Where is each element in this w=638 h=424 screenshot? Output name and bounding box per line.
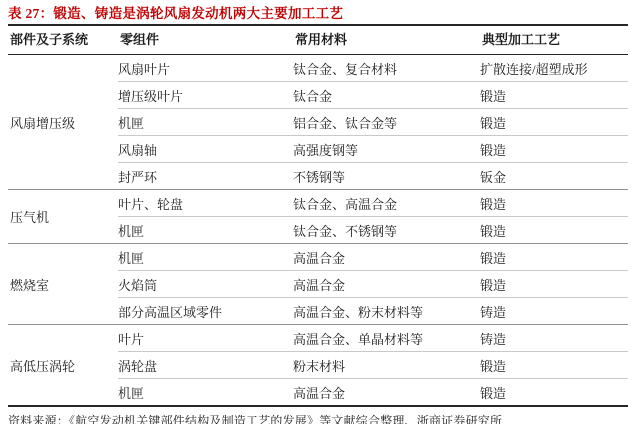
group-system-label: 风扇增压级 [8, 55, 118, 189]
cell-process: 锻造 [480, 140, 628, 159]
cell-process: 锻造 [480, 194, 628, 213]
cell-process: 锻造 [480, 383, 628, 402]
cell-material: 不锈钢等 [293, 167, 480, 186]
cell-part: 火焰筒 [118, 275, 293, 294]
table-group: 燃烧室机匣高温合金锻造火焰筒高温合金锻造部分高温区域零件高温合金、粉末材料等铸造 [8, 243, 628, 324]
table-row: 机匣钛合金、不锈钢等锻造 [118, 216, 628, 243]
table-row: 增压级叶片钛合金锻造 [118, 81, 628, 108]
table-row: 机匣高温合金锻造 [118, 378, 628, 405]
cell-process: 铸造 [480, 302, 628, 321]
cell-process: 锻造 [480, 86, 628, 105]
table-group: 高低压涡轮叶片高温合金、单晶材料等铸造涡轮盘粉末材料锻造机匣高温合金锻造 [8, 324, 628, 405]
table-row: 风扇轴高强度钢等锻造 [118, 135, 628, 162]
table-row: 叶片、轮盘钛合金、高温合金锻造 [118, 190, 628, 216]
group-system-label: 压气机 [8, 190, 118, 243]
table-body: 风扇增压级风扇叶片钛合金、复合材料扩散连接/超塑成形增压级叶片钛合金锻造机匣铝合… [8, 55, 628, 405]
group-rows: 风扇叶片钛合金、复合材料扩散连接/超塑成形增压级叶片钛合金锻造机匣铝合金、钛合金… [118, 55, 628, 189]
table-row: 部分高温区域零件高温合金、粉末材料等铸造 [118, 297, 628, 324]
group-rows: 机匣高温合金锻造火焰筒高温合金锻造部分高温区域零件高温合金、粉末材料等铸造 [118, 244, 628, 324]
cell-part: 机匣 [118, 248, 293, 267]
cell-material: 高温合金、粉末材料等 [293, 302, 480, 321]
cell-process: 锻造 [480, 113, 628, 132]
cell-material: 高温合金、单晶材料等 [293, 329, 480, 348]
cell-part: 部分高温区域零件 [118, 302, 293, 321]
cell-part: 机匣 [118, 383, 293, 402]
cell-process: 锻造 [480, 356, 628, 375]
cell-part: 封严环 [118, 167, 293, 186]
table-row: 叶片高温合金、单晶材料等铸造 [118, 325, 628, 351]
cell-part: 风扇叶片 [118, 59, 293, 78]
report-page: 表 27：锻造、铸造是涡轮风扇发动机两大主要加工工艺 部件及子系统 零组件 常用… [0, 0, 638, 424]
cell-process: 锻造 [480, 248, 628, 267]
cell-part: 叶片 [118, 329, 293, 348]
header-part: 零组件 [118, 26, 293, 54]
header-material: 常用材料 [293, 26, 480, 54]
source-note: 资料来源：《航空发动机关键部件结构及制造工艺的发展》等文献综合整理、浙商证券研究… [8, 407, 628, 424]
cell-process: 铸造 [480, 329, 628, 348]
group-rows: 叶片、轮盘钛合金、高温合金锻造机匣钛合金、不锈钢等锻造 [118, 190, 628, 243]
cell-part: 机匣 [118, 221, 293, 240]
cell-part: 叶片、轮盘 [118, 194, 293, 213]
cell-material: 粉末材料 [293, 356, 480, 375]
cell-part: 风扇轴 [118, 140, 293, 159]
cell-process: 锻造 [480, 221, 628, 240]
table-row: 涡轮盘粉末材料锻造 [118, 351, 628, 378]
group-system-label: 燃烧室 [8, 244, 118, 324]
table-group: 压气机叶片、轮盘钛合金、高温合金锻造机匣钛合金、不锈钢等锻造 [8, 189, 628, 243]
table-title: 表 27：锻造、铸造是涡轮风扇发动机两大主要加工工艺 [8, 3, 628, 24]
cell-part: 机匣 [118, 113, 293, 132]
cell-material: 高温合金 [293, 275, 480, 294]
cell-material: 铝合金、钛合金等 [293, 113, 480, 132]
cell-process: 扩散连接/超塑成形 [480, 59, 628, 78]
header-system: 部件及子系统 [8, 26, 118, 54]
table-row: 机匣高温合金锻造 [118, 244, 628, 270]
table-group: 风扇增压级风扇叶片钛合金、复合材料扩散连接/超塑成形增压级叶片钛合金锻造机匣铝合… [8, 55, 628, 189]
table-row: 火焰筒高温合金锻造 [118, 270, 628, 297]
cell-material: 钛合金 [293, 86, 480, 105]
cell-material: 钛合金、不锈钢等 [293, 221, 480, 240]
header-process: 典型加工工艺 [480, 26, 628, 54]
cell-process: 钣金 [480, 167, 628, 186]
cell-material: 高强度钢等 [293, 140, 480, 159]
table-header-row: 部件及子系统 零组件 常用材料 典型加工工艺 [8, 26, 628, 55]
cell-part: 增压级叶片 [118, 86, 293, 105]
table-row: 封严环不锈钢等钣金 [118, 162, 628, 189]
cell-part: 涡轮盘 [118, 356, 293, 375]
cell-material: 钛合金、复合材料 [293, 59, 480, 78]
cell-process: 锻造 [480, 275, 628, 294]
table-row: 风扇叶片钛合金、复合材料扩散连接/超塑成形 [118, 55, 628, 81]
cell-material: 高温合金 [293, 248, 480, 267]
cell-material: 高温合金 [293, 383, 480, 402]
group-system-label: 高低压涡轮 [8, 325, 118, 405]
group-rows: 叶片高温合金、单晶材料等铸造涡轮盘粉末材料锻造机匣高温合金锻造 [118, 325, 628, 405]
table-row: 机匣铝合金、钛合金等锻造 [118, 108, 628, 135]
cell-material: 钛合金、高温合金 [293, 194, 480, 213]
data-table: 部件及子系统 零组件 常用材料 典型加工工艺 风扇增压级风扇叶片钛合金、复合材料… [8, 24, 628, 407]
